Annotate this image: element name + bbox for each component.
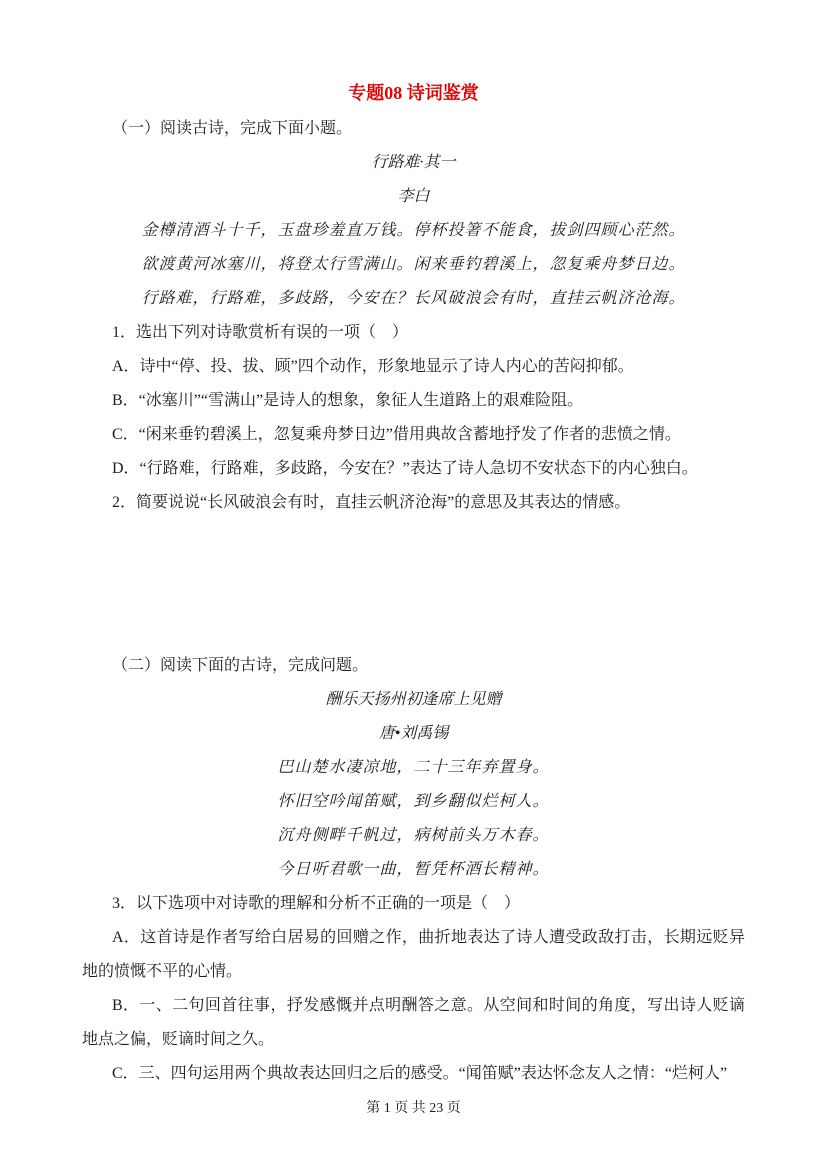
poem2-line: 怀旧空吟闻笛赋，到乡翻似烂柯人。 [82, 785, 745, 819]
section2-intro: （二）阅读下面的古诗，完成问题。 [82, 649, 745, 683]
question1-option-b: B．“冰塞川”“雪满山”是诗人的想象，象征人生道路上的艰难险阻。 [82, 384, 745, 418]
doc-title: 专题08 诗词鉴赏 [82, 80, 745, 106]
question3-option-b: B．一、二句回首往事，抒发感慨并点明酬答之意。从空间和时间的角度，写出诗人贬谪地… [82, 989, 745, 1057]
question3-stem: 3．以下选项中对诗歌的理解和分析不正确的一项是（ ） [82, 887, 745, 921]
poem1-line: 金樽清酒斗十千，玉盘珍羞直万钱。停杯投箸不能食，拔剑四顾心茫然。 [82, 214, 745, 248]
page-number-footer: 第 1 页 共 23 页 [0, 1099, 827, 1119]
question3-option-c: C．三、四句运用两个典故表达回归之后的感受。“闻笛赋”表达怀念友人之情：“烂柯人… [82, 1057, 745, 1091]
poem2-title: 酬乐天扬州初逢席上见赠 [82, 683, 745, 717]
answer-blank-space [82, 520, 745, 649]
poem2-line: 巴山楚水凄凉地，二十三年弃置身。 [82, 751, 745, 785]
question1-option-a: A．诗中“停、投、拔、顾”四个动作，形象地显示了诗人内心的苦闷抑郁。 [82, 350, 745, 384]
poem2-line: 沉舟侧畔千帆过，病树前头万木春。 [82, 819, 745, 853]
poem1-author: 李白 [82, 180, 745, 214]
question1-option-d: D．“行路难，行路难，多歧路，今安在？”表达了诗人急切不安状态下的内心独白。 [82, 452, 745, 486]
question1-option-c: C．“闲来垂钓碧溪上，忽复乘舟梦日边”借用典故含蓄地抒发了作者的悲愤之情。 [82, 418, 745, 452]
question1-stem: 1．选出下列对诗歌赏析有误的一项（ ） [82, 316, 745, 350]
poem1-line: 欲渡黄河冰塞川，将登太行雪满山。闲来垂钓碧溪上，忽复乘舟梦日边。 [82, 248, 745, 282]
document-page: 专题08 诗词鉴赏 （一）阅读古诗，完成下面小题。 行路难·其一 李白 金樽清酒… [0, 0, 827, 1169]
question3-option-a: A．这首诗是作者写给白居易的回赠之作，曲折地表达了诗人遭受政敌打击，长期远贬异地… [82, 921, 745, 989]
poem2-author: 唐•刘禹锡 [82, 717, 745, 751]
section1-intro: （一）阅读古诗，完成下面小题。 [82, 112, 745, 146]
poem1-line: 行路难，行路难，多歧路，今安在？长风破浪会有时，直挂云帆济沧海。 [82, 282, 745, 316]
poem2-line: 今日听君歌一曲，暂凭杯酒长精神。 [82, 853, 745, 887]
poem1-title: 行路难·其一 [82, 146, 745, 180]
question2-stem: 2．简要说说“长风破浪会有时，直挂云帆济沧海”的意思及其表达的情感。 [82, 486, 745, 520]
